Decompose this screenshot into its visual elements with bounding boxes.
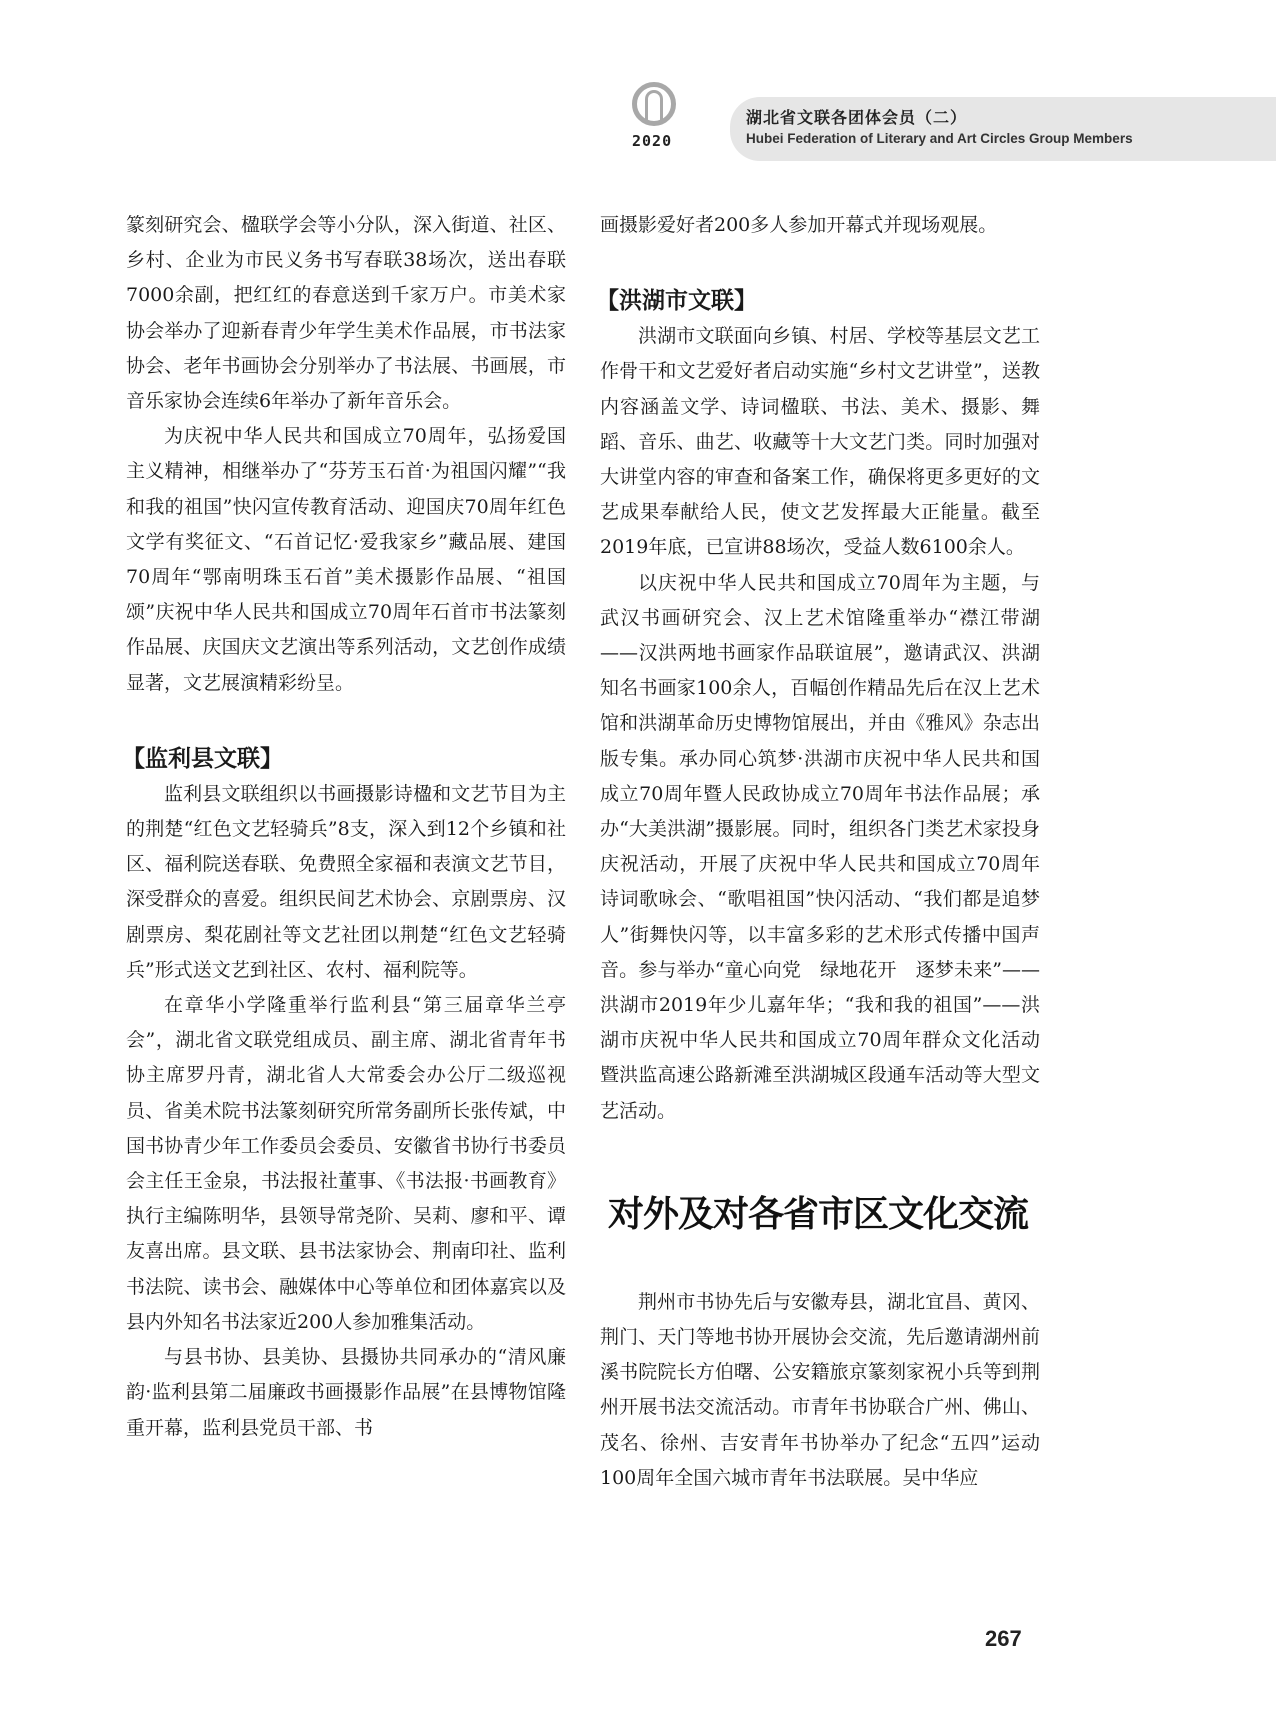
- header-title-en: Hubei Federation of Literary and Art Cir…: [746, 131, 1133, 146]
- paragraph: 与县书协、县美协、县摄协共同承办的“清风廉韵·监利县第二届廉政书画摄影作品展”在…: [126, 1340, 566, 1446]
- paragraph: 监利县文联组织以书画摄影诗楹和文艺节目为主的荆楚“红色文艺轻骑兵”8支，深入到1…: [126, 777, 566, 988]
- header-banner: 湖北省文联各团体会员（二） Hubei Federation of Litera…: [730, 97, 1276, 161]
- paragraph: 为庆祝中华人民共和国成立70周年，弘扬爱国主义精神，相继举办了“芬芳玉石首·为祖…: [126, 419, 566, 701]
- header-title-cn: 湖北省文联各团体会员（二）: [746, 105, 967, 128]
- section-heading-honghu: 【洪湖市文联】: [596, 283, 1040, 319]
- federation-emblem-icon: 2020: [628, 80, 688, 170]
- left-column: 篆刻研究会、楹联学会等小分队，深入街道、社区、乡村、企业为市民义务书写春联38场…: [126, 208, 566, 1446]
- emblem-figure: [645, 90, 663, 120]
- paragraph: 以庆祝中华人民共和国成立70周年为主题，与武汉书画研究会、汉上艺术馆隆重举办“襟…: [600, 566, 1040, 1129]
- paragraph: 洪湖市文联面向乡镇、村居、学校等基层文艺工作骨干和文艺爱好者启动实施“乡村文艺讲…: [600, 319, 1040, 565]
- page-number: 267: [985, 1626, 1022, 1652]
- right-column: 画摄影爱好者200多人参加开幕式并现场观展。 【洪湖市文联】 洪湖市文联面向乡镇…: [600, 208, 1040, 1496]
- running-header: 2020 湖北省文联各团体会员（二） Hubei Federation of L…: [620, 80, 1276, 175]
- header-year: 2020: [632, 132, 672, 150]
- section-heading-jianli: 【监利县文联】: [122, 741, 566, 777]
- paragraph-continuation: 画摄影爱好者200多人参加开幕式并现场观展。: [600, 208, 1040, 243]
- paragraph: 篆刻研究会、楹联学会等小分队，深入街道、社区、乡村、企业为市民义务书写春联38场…: [126, 208, 566, 419]
- paragraph: 在章华小学隆重举行监利县“第三届章华兰亭会”，湖北省文联党组成员、副主席、湖北省…: [126, 988, 566, 1340]
- chapter-title: 对外及对各省市区文化交流: [608, 1191, 1040, 1239]
- paragraph: 荆州市书协先后与安徽寿县，湖北宜昌、黄冈、荆门、天门等地书协开展协会交流，先后邀…: [600, 1285, 1040, 1496]
